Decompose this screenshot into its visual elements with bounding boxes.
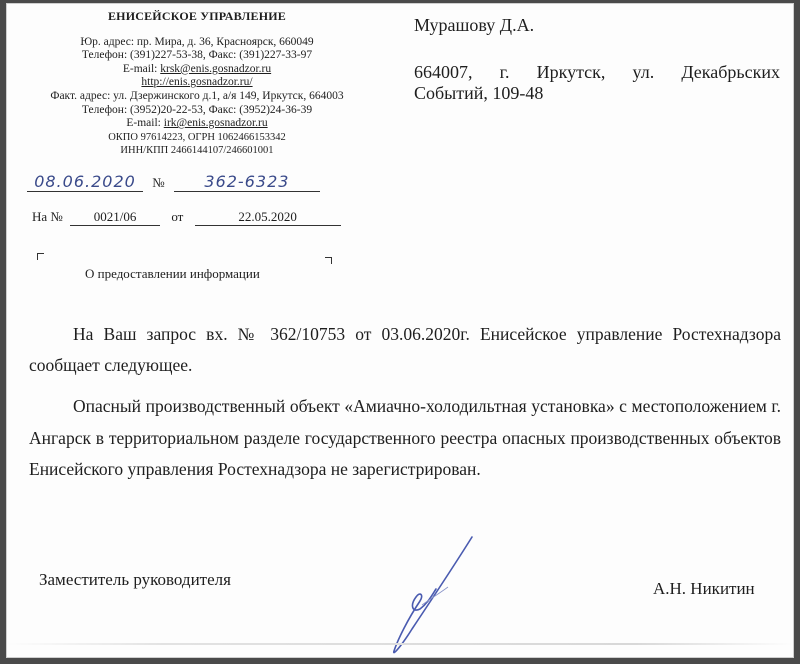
actual-email-link[interactable]: irk@enis.gosnadzor.ru <box>164 117 268 129</box>
outgoing-date: 08.06.2020 <box>27 172 143 192</box>
letter-body: На Ваш запрос вх. № 362/10753 от 03.06.2… <box>29 319 781 496</box>
address-word: Иркутск, <box>537 62 606 83</box>
address-word: Декабрьских <box>681 62 780 83</box>
okpo-ogrn: ОКПО 97614223, ОГРН 1062466153342 <box>27 131 367 145</box>
actual-email-line: E-mail: irk@enis.gosnadzor.ru <box>27 117 367 131</box>
inn-kpp: ИНН/КПП 2466144107/246601001 <box>27 144 367 158</box>
website-link[interactable]: http://enis.gosnadzor.ru/ <box>27 76 367 90</box>
outgoing-registration: 08.06.2020 № 362-6323 <box>27 172 320 192</box>
recipient-address-line1: 664007, г. Иркутск, ул. Декабрьских <box>414 62 780 83</box>
legal-email-line: E-mail: krsk@enis.gosnadzor.ru <box>27 63 367 77</box>
actual-phone: Телефон: (3952)20-22-53, Факс: (3952)24-… <box>27 104 367 118</box>
legal-email-label: E-mail: <box>123 63 160 75</box>
actual-email-label: E-mail: <box>126 117 163 129</box>
address-word: ул. <box>633 62 655 83</box>
subject-corner-right <box>325 257 332 264</box>
letterhead: ЕНИСЕЙСКОЕ УПРАВЛЕНИЕ Юр. адрес: пр. Мир… <box>27 10 367 158</box>
letter-page: ЕНИСЕЙСКОЕ УПРАВЛЕНИЕ Юр. адрес: пр. Мир… <box>6 3 794 658</box>
recipient-address-line2: Событий, 109-48 <box>414 83 780 104</box>
recipient-block: Мурашову Д.А. 664007, г. Иркутск, ул. Де… <box>414 15 780 104</box>
legal-phone: Телефон: (391)227-53-38, Факс: (391)227-… <box>27 49 367 63</box>
number-label: № <box>152 175 164 190</box>
organization-name: ЕНИСЕЙСКОЕ УПРАВЛЕНИЕ <box>27 10 367 24</box>
legal-address: Юр. адрес: пр. Мира, д. 36, Красноярск, … <box>27 36 367 50</box>
recipient-name: Мурашову Д.А. <box>414 15 780 36</box>
signer-name: А.Н. Никитин <box>653 579 755 599</box>
legal-email-link[interactable]: krsk@enis.gosnadzor.ru <box>160 63 271 75</box>
handwritten-signature <box>362 529 492 659</box>
outgoing-number: 362-6323 <box>174 172 320 192</box>
body-paragraph-1: На Ваш запрос вх. № 362/10753 от 03.06.2… <box>29 319 781 381</box>
reply-to-number: 0021/06 <box>70 209 160 226</box>
reply-date-label: от <box>171 209 183 224</box>
subject-corner-left <box>37 253 44 260</box>
address-word: г. <box>500 62 510 83</box>
subject-line: О предоставлении информации <box>85 266 260 282</box>
body-paragraph-2: Опасный производственный объект «Амиачно… <box>29 391 781 486</box>
address-word: 664007, <box>414 62 473 83</box>
reply-to-label: На № <box>32 209 63 224</box>
reply-to-date: 22.05.2020 <box>195 209 341 226</box>
actual-address: Факт. адрес: ул. Дзержинского д.1, а/я 1… <box>27 90 367 104</box>
reply-registration: На № 0021/06 от 22.05.2020 <box>32 209 341 226</box>
signer-title: Заместитель руководителя <box>39 570 231 590</box>
